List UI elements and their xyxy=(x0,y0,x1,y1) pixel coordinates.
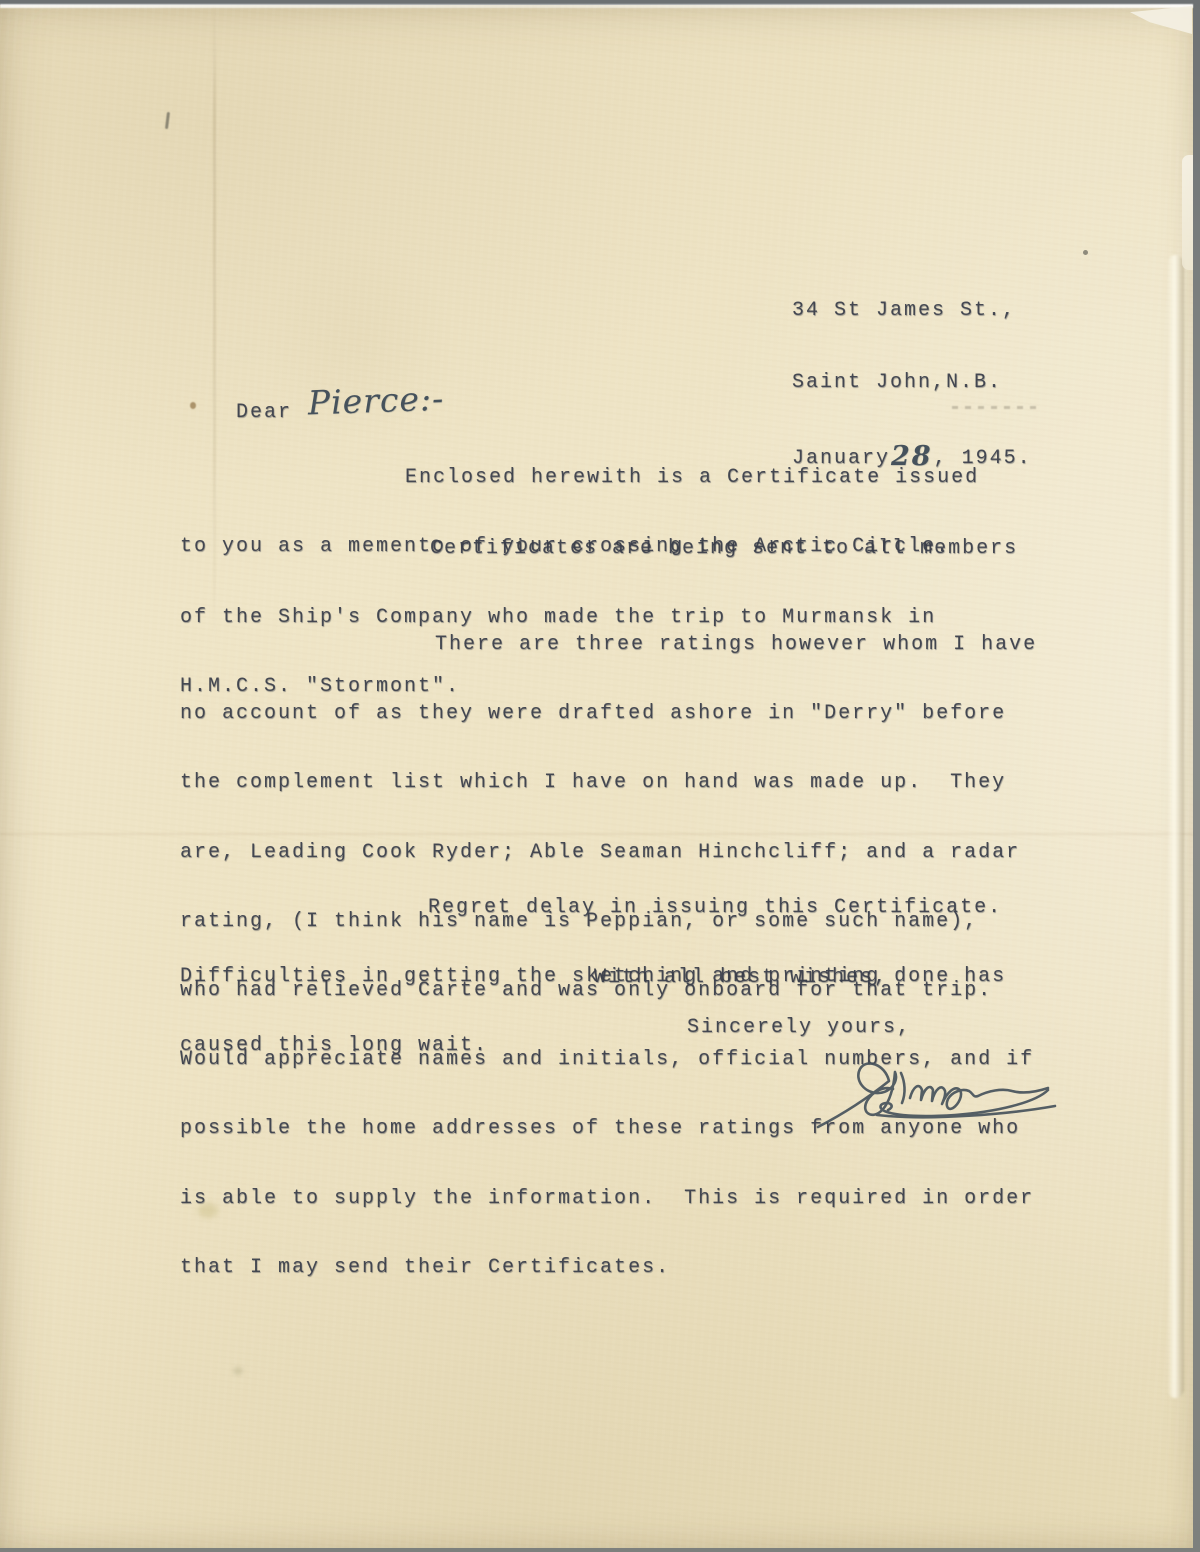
address-line-2: Saint John,N.B. xyxy=(792,370,1032,396)
paper-speck xyxy=(1083,250,1088,255)
paragraph-line: Certificates are being sent to all membe… xyxy=(180,537,1018,560)
paragraph-line: Enclosed herewith is a Certificate issue… xyxy=(180,466,979,489)
scanned-letter-page: { "colors": { "paper": "#ece1c1", "ink_t… xyxy=(0,0,1200,1552)
closing-valediction: Sincerely yours, xyxy=(687,1016,911,1039)
top-edge-glare xyxy=(0,4,1193,8)
paragraph-line: that I may send their Certificates. xyxy=(180,1256,1037,1279)
paragraph-line: There are three ratings however whom I h… xyxy=(180,633,1037,656)
right-edge-fold xyxy=(1167,255,1184,1398)
handwritten-recipient-name: Pierce:- xyxy=(307,379,445,423)
address-line-1: 34 St James St., xyxy=(792,298,1032,324)
closing-wishes: With all best wishes, xyxy=(594,966,888,989)
paragraph-line: the complement list which I have on hand… xyxy=(180,771,1037,794)
torn-edge-top-right xyxy=(1130,6,1192,34)
paragraph-line: is able to supply the information. This … xyxy=(180,1187,1037,1210)
torn-edge-right xyxy=(1182,155,1193,270)
paper-smudge xyxy=(233,1367,243,1375)
letter-paper: 34 St James St., Saint John,N.B. January… xyxy=(0,5,1193,1548)
paper-mark xyxy=(165,112,170,129)
paragraph-line: Regret delay in issuing this Certificate… xyxy=(180,896,1006,919)
paragraph-line: no account of as they were drafted ashor… xyxy=(180,702,1037,725)
handwritten-signature xyxy=(815,1051,1083,1133)
